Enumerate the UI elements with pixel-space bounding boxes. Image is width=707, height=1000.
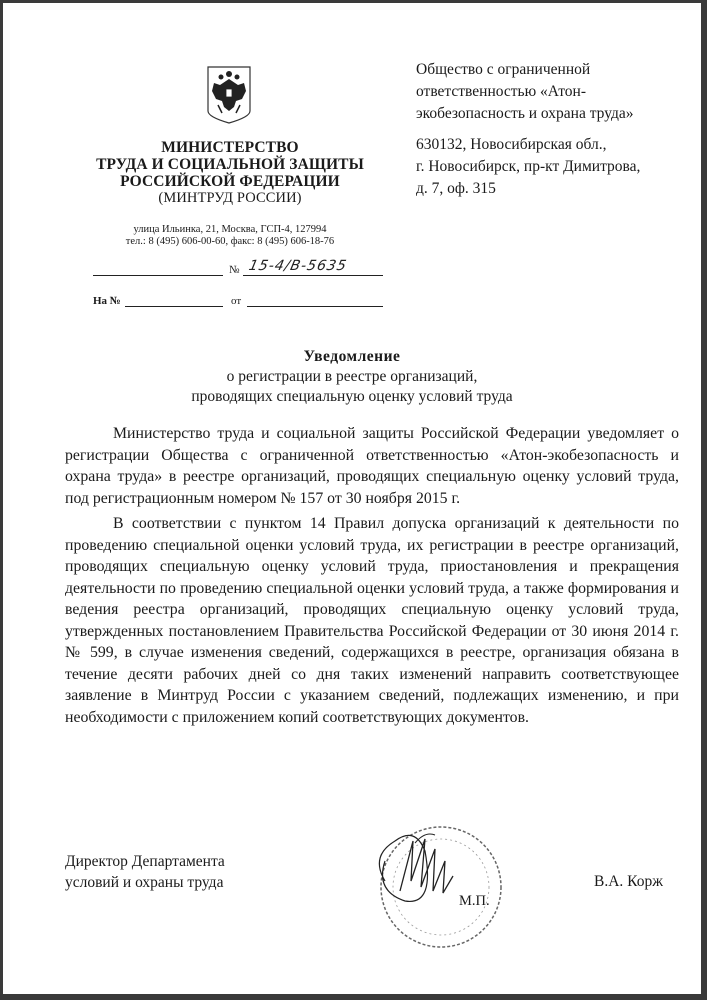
signer-position: Директор Департамента условий и охраны т… — [65, 851, 225, 893]
document-title: Уведомление о регистрации в реестре орга… — [3, 347, 701, 407]
ministry-line: РОССИЙСКОЙ ФЕДЕРАЦИИ — [85, 173, 375, 190]
sender-address: улица Ильинка, 21, Москва, ГСП-4, 127994… — [95, 224, 365, 248]
sender-street: улица Ильинка, 21, Москва, ГСП-4, 127994 — [95, 224, 365, 236]
seal-stamp-icon — [355, 821, 505, 951]
ministry-line: ТРУДА И СОЦИАЛЬНОЙ ЗАЩИТЫ — [85, 156, 375, 173]
document-body: Министерство труда и социальной защиты Р… — [65, 423, 679, 732]
reply-to-label: На № — [93, 295, 121, 307]
number-field-line — [243, 275, 383, 276]
title-subtitle: о регистрации в реестре организаций, — [3, 367, 701, 387]
date-field-line — [93, 275, 223, 276]
signer-position-line: Директор Департамента — [65, 851, 225, 872]
ministry-short-name: (МИНТРУД РОССИИ) — [85, 190, 375, 207]
signer-name: В.А. Корж — [594, 873, 663, 891]
recipient-block: Общество с ограниченной ответственностью… — [416, 59, 696, 200]
recipient-org-line: ответственностью «Атон- — [416, 81, 696, 103]
coat-of-arms-icon — [206, 65, 252, 125]
recipient-org-line: Общество с ограниченной — [416, 59, 696, 81]
handwritten-number: 15-4/В-5635 — [247, 258, 348, 274]
signer-position-line: условий и охраны труда — [65, 872, 225, 893]
document-page: МИНИСТЕРСТВО ТРУДА И СОЦИАЛЬНОЙ ЗАЩИТЫ Р… — [3, 3, 701, 994]
stamp-mark-label: М.П. — [459, 893, 490, 910]
recipient-address-line: г. Новосибирск, пр-кт Димитрова, — [416, 156, 696, 178]
body-paragraph: В соответствии с пунктом 14 Правил допус… — [65, 513, 679, 728]
recipient-address-line: д. 7, оф. 315 — [416, 178, 696, 200]
reply-to-field-line — [125, 306, 223, 307]
recipient-address-line: 630132, Новосибирская обл., — [416, 134, 696, 156]
from-field-line — [247, 306, 383, 307]
ministry-line: МИНИСТЕРСТВО — [85, 139, 375, 156]
sender-phone: тел.: 8 (495) 606-00-60, факс: 8 (495) 6… — [95, 236, 365, 248]
body-paragraph: Министерство труда и социальной защиты Р… — [65, 423, 679, 509]
title-subtitle: проводящих специальную оценку условий тр… — [3, 387, 701, 407]
number-label: № — [229, 264, 240, 276]
ministry-name: МИНИСТЕРСТВО ТРУДА И СОЦИАЛЬНОЙ ЗАЩИТЫ Р… — [85, 139, 375, 207]
from-label: от — [231, 295, 241, 307]
recipient-org-line: экобезопасность и охрана труда» — [416, 103, 696, 125]
title-heading: Уведомление — [3, 347, 701, 367]
